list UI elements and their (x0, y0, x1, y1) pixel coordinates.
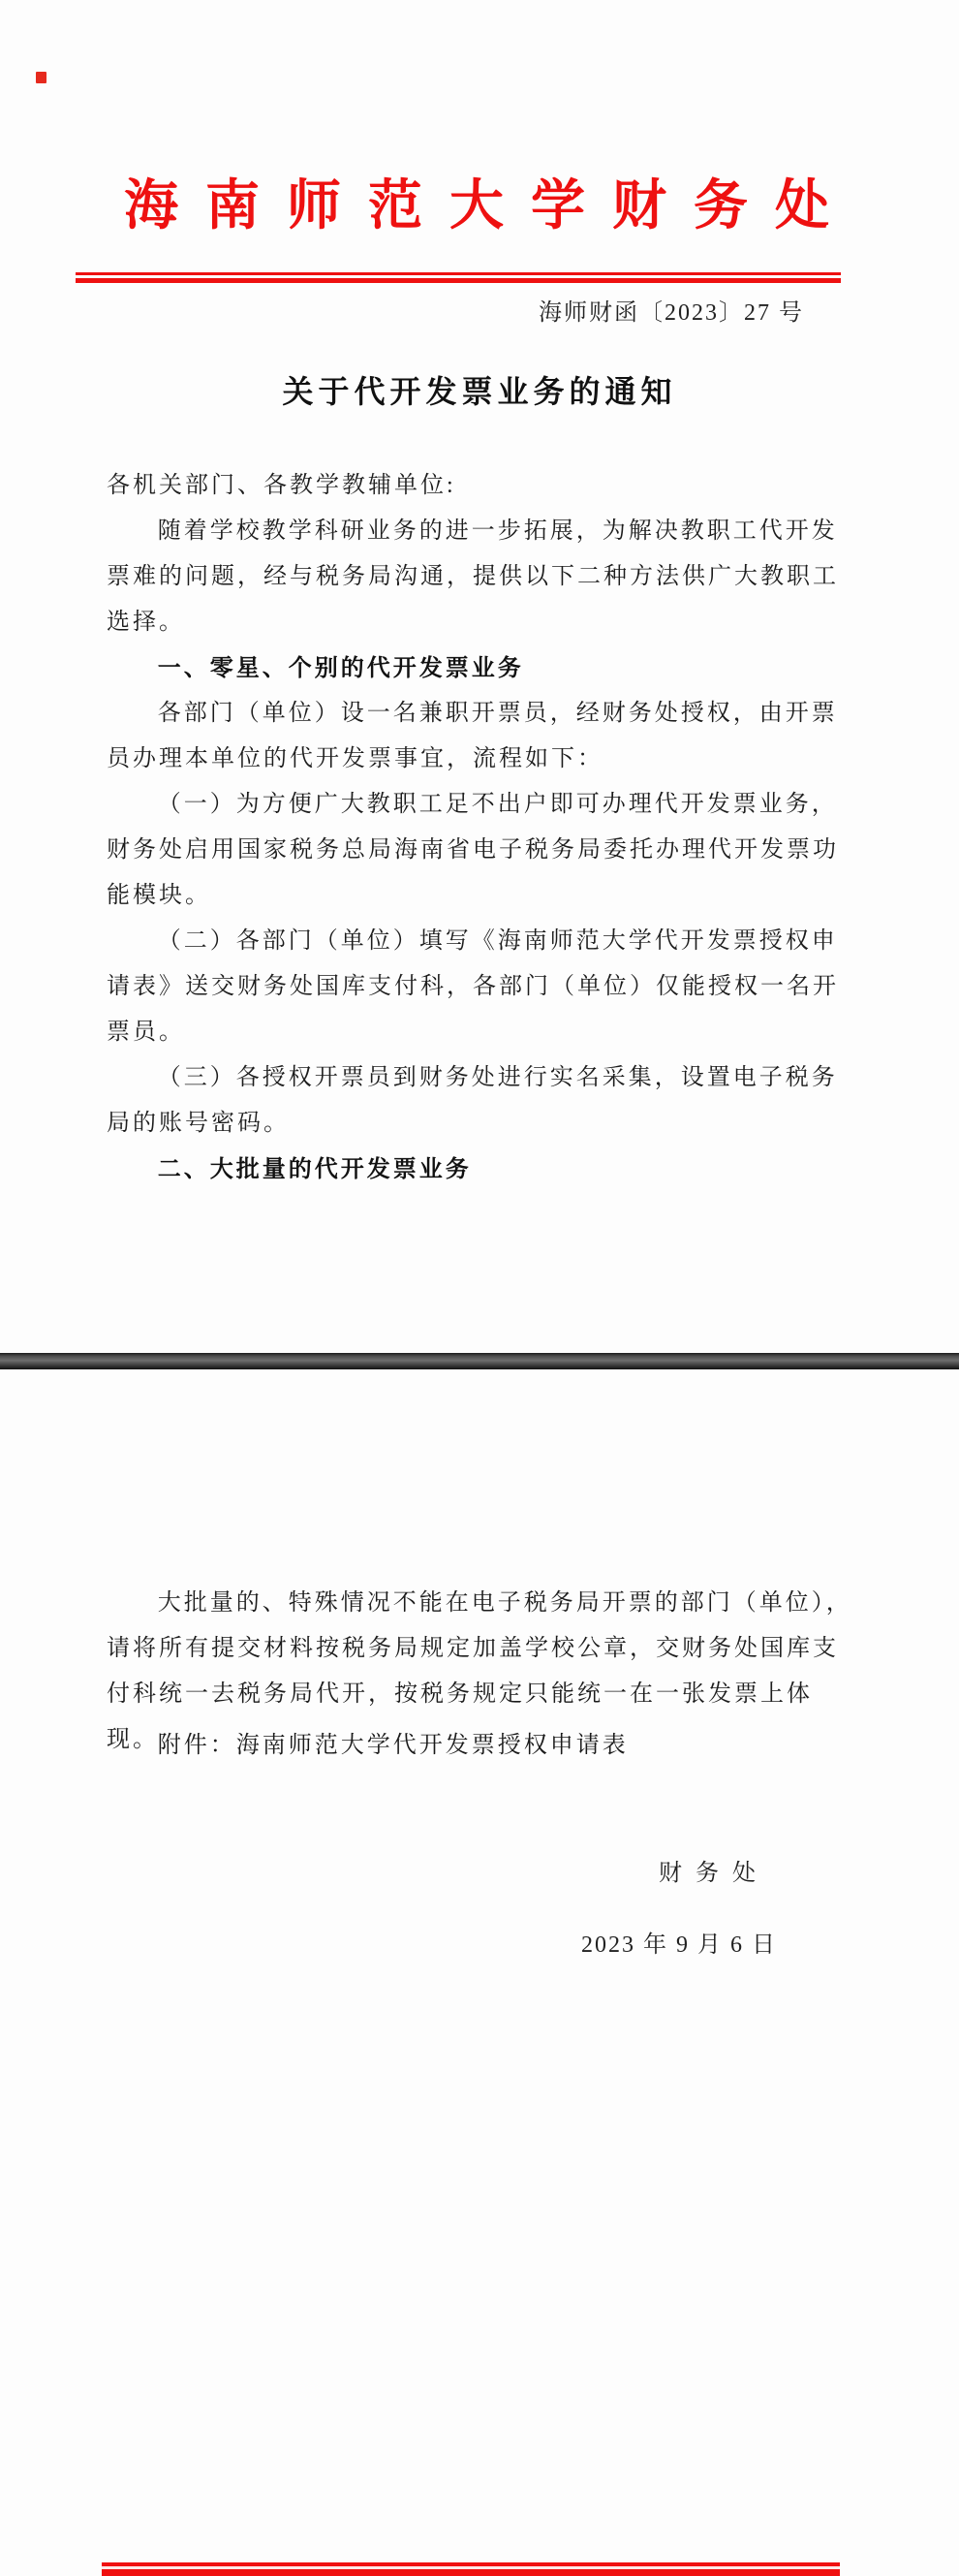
section2-heading: 二、大批量的代开发票业务 (107, 1147, 858, 1192)
salutation-line: 各机关部门、各教学教辅单位: (107, 463, 858, 509)
attachment-line: 附件：海南师范大学代开发票授权申请表 (107, 1723, 858, 1769)
page-break-divider (0, 1353, 959, 1369)
section1-lead-paragraph: 各部门（单位）设一名兼职开票员，经财务处授权，由开票 员办理本单位的代开发票事宜… (107, 691, 858, 782)
letterhead-org-title: 海南师范大学财务处 (124, 176, 856, 236)
section1-item1-paragraph: （一）为方便广大教职工足不出户即可办理代开发票业务， 财务处启用国家税务总局海南… (107, 782, 858, 919)
notice-title: 关于代开发票业务的通知 (0, 372, 959, 411)
section1-item3-paragraph: （三）各授权开票员到财务处进行实名采集，设置电子税务 局的账号密码。 (107, 1055, 858, 1147)
document-number: 海师财函〔2023〕27 号 (539, 297, 804, 330)
letterhead-red-rule (76, 272, 841, 283)
intro-paragraph: 随着学校教学科研业务的进一步拓展，为解决教职工代开发 票难的问题，经与税务局沟通… (107, 509, 858, 645)
section1-item2-paragraph: （二）各部门（单位）填写《海南师范大学代开发票授权申 请表》送交财务处国库支付科… (107, 919, 858, 1055)
signature-date: 2023 年 9 月 6 日 (581, 1931, 777, 1960)
next-page-red-rule (102, 2562, 840, 2576)
page1-body: 各机关部门、各教学教辅单位: 随着学校教学科研业务的进一步拓展，为解决教职工代开… (107, 463, 858, 1192)
red-scan-artifact (36, 72, 46, 83)
signature-department: 财务处 (659, 1859, 769, 1888)
scanned-notice-document: 海南师范大学财务处 海师财函〔2023〕27 号 关于代开发票业务的通知 各机关… (0, 0, 959, 2576)
section1-heading: 一、零星、个别的代开发票业务 (107, 645, 858, 691)
